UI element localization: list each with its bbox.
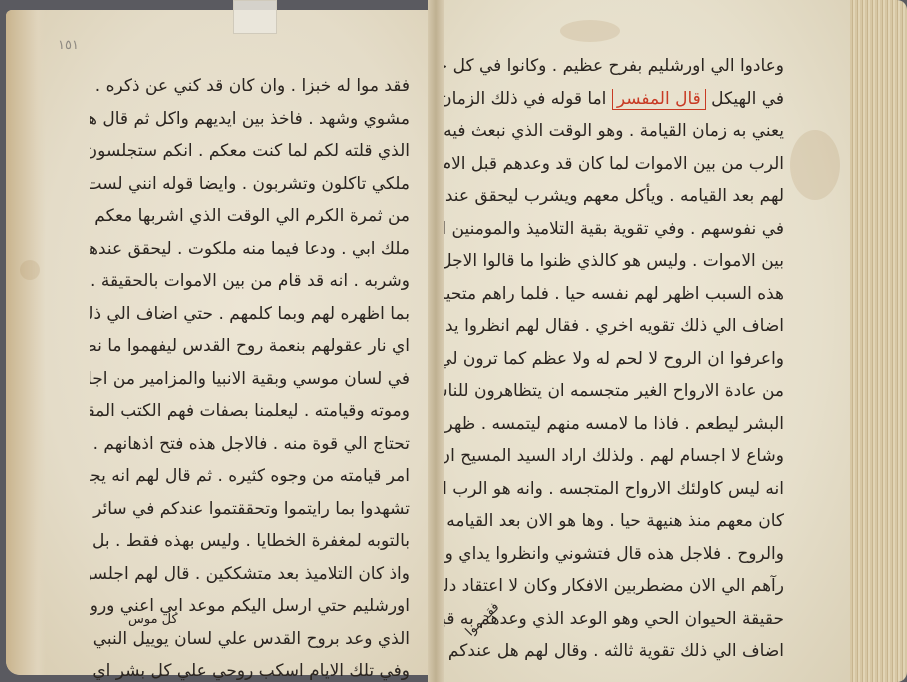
text-line: وشربه . انه قد قام من بين الاموات بالحقي… bbox=[90, 265, 410, 298]
text-line: امر قيامته من وجوه كثيره . ثم قال لهم ان… bbox=[90, 460, 410, 493]
text-line: في لسان موسي وبقية الانبيا والمزامير من … bbox=[90, 363, 410, 396]
text-line: لهم بعد القيامه . ويأكل معهم ويشرب ليحقق… bbox=[444, 180, 784, 213]
repair-tape bbox=[233, 0, 277, 34]
text-line: واعرفوا ان الروح لا لحم له ولا عظم كما ت… bbox=[444, 343, 784, 376]
text-line: الذي قلته لكم لما كنت معكم . انكم ستجلسو… bbox=[90, 135, 410, 168]
text-line: مشوي وشهد . فاخذ بين ايديهم واكل ثم قال … bbox=[90, 103, 410, 136]
rubric-heading: قال المفسر bbox=[612, 89, 706, 110]
text-line: واذ كان التلاميذ بعد متشككين . قال لهم ا… bbox=[90, 558, 410, 591]
open-manuscript: ١٥١ فقد موا له خبزا . وان كان قد كني عن … bbox=[0, 0, 907, 682]
stain bbox=[20, 260, 40, 280]
text-line: اي نار عقولهم بنعمة روح القدس ليفهموا ما… bbox=[90, 330, 410, 363]
text-line: بالتوبه لمغفرة الخطايا . وليس بهذه فقط .… bbox=[90, 525, 410, 558]
text-line: والروح . فلاجل هذه قال فتشوني وانظروا يد… bbox=[444, 538, 784, 571]
text-line: انه ليس كاولئك الارواح المتجسه . وانه هو… bbox=[444, 473, 784, 506]
text-line: وفي تلك الايام اسكب روحي علي كل بشر اي و… bbox=[90, 655, 410, 682]
text-line: اضاف الي ذلك تقويه اخري . فقال لهم انظرو… bbox=[444, 310, 784, 343]
stain bbox=[790, 130, 840, 200]
text-line: وموته وقيامته . ليعلمنا بصفات فهم الكتب … bbox=[90, 395, 410, 428]
text-line: الرب من بين الاموات لما كان قد وعدهم قبل… bbox=[444, 148, 784, 181]
text-line: من عادة الارواح الغير متجسمه ان يتظاهرون… bbox=[444, 375, 784, 408]
text-line: كان معهم منذ هنيهة حيا . وها هو الان بعد… bbox=[444, 505, 784, 538]
text-line: وعادوا الي اورشليم بفرح عظيم . وكانوا في… bbox=[444, 50, 784, 83]
text-line: تحتاج الي قوة منه . فالاجل هذه فتح اذهان… bbox=[90, 428, 410, 461]
text-line: بما اظهره لهم وبما كلمهم . حتي اضاف الي … bbox=[90, 298, 410, 331]
text-line: اضاف الي ذلك تقوية ثالثه . وقال لهم هل ع… bbox=[444, 635, 784, 668]
text-line: في نفوسهم . وفي تقوية بقية التلاميذ والم… bbox=[444, 213, 784, 246]
page-edges bbox=[850, 0, 907, 682]
text-line: فقد موا له خبزا . وان كان قد كني عن ذكره… bbox=[90, 70, 410, 103]
text-line: يعني به زمان القيامة . وهو الوقت الذي نب… bbox=[444, 115, 784, 148]
text-line: الذي وعد بروح القدس علي لسان يوييل النبي… bbox=[90, 623, 410, 656]
text-line: رآهم الي الان مضطربين الافكار وكان لا اع… bbox=[444, 570, 784, 603]
text-line: بين الاموات . وليس هو كالذي ظنوا ما قالو… bbox=[444, 245, 784, 278]
text-line: ملكي تاكلون وتشربون . وايضا قوله انني لس… bbox=[90, 168, 410, 201]
book-gutter bbox=[428, 0, 444, 682]
text-fragment: في الهيكل bbox=[711, 89, 784, 109]
right-page-text: وعادوا الي اورشليم بفرح عظيم . وكانوا في… bbox=[444, 50, 784, 668]
text-line: ملك ابي . ودعا فيما منه ملكوت . ليحقق عن… bbox=[90, 233, 410, 266]
text-line: تشهدوا بما رايتموا وتحققتموا عندكم في سا… bbox=[90, 493, 410, 526]
text-line: وشاع لا اجسام لهم . ولذلك اراد السيد الم… bbox=[444, 440, 784, 473]
catchword-left: كل موس bbox=[128, 612, 178, 627]
text-continuation: اما قوله في ذلك الزمان bbox=[444, 89, 606, 109]
text-line: هذه السبب اظهر لهم نفسه حيا . فلما راهم … bbox=[444, 278, 784, 311]
text-line: من ثمرة الكرم الي الوقت الذي اشربها معكم… bbox=[90, 200, 410, 233]
text-line: البشر ليطعم . فاذا ما لامسه منهم ليتمسه … bbox=[444, 408, 784, 441]
folio-number: ١٥١ bbox=[58, 38, 79, 53]
left-page-text: فقد موا له خبزا . وان كان قد كني عن ذكره… bbox=[90, 70, 410, 682]
stain bbox=[560, 20, 620, 42]
text-line: في الهيكل قال المفسر اما قوله في ذلك الز… bbox=[444, 83, 784, 116]
